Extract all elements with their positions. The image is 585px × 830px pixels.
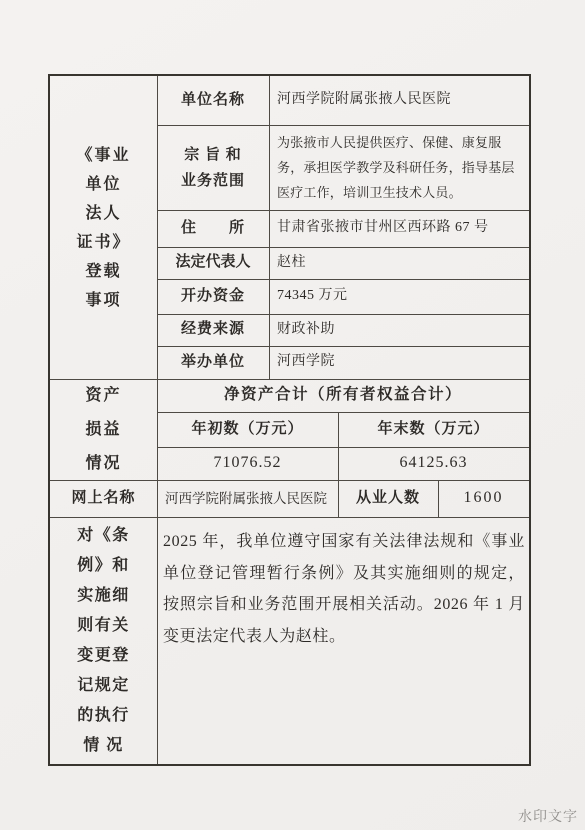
unit-name-label: 单位名称 (157, 76, 269, 125)
mission-label-line1: 宗 旨 和 (184, 142, 242, 168)
year-end-label: 年末数（万元） (338, 412, 529, 447)
mission-value: 为张掖市人民提供医疗、保健、康复服务，承担医学教学及科研任务，指导基层医疗工作，… (269, 125, 529, 210)
header-line: 对《条 (77, 521, 130, 551)
organizer-value: 河西学院 (269, 346, 529, 379)
compliance-text: 2025 年，我单位遵守国家有关法律法规和《事业单位登记管理暂行条例》及其实施细… (157, 517, 529, 764)
header-line: 资产 (85, 379, 121, 413)
mission-label: 宗 旨 和 业务范围 (157, 125, 269, 210)
mission-label-line2: 业务范围 (181, 168, 245, 194)
header-line: 证书》 (76, 228, 130, 257)
capital-value: 74345 万元 (269, 279, 529, 314)
online-name-value: 河西学院附属张掖人民医院 (157, 480, 338, 517)
unit-name-value: 河西学院附属张掖人民医院 (269, 76, 529, 125)
legal-rep-label: 法定代表人 (157, 247, 269, 279)
year-begin-value: 71076.52 (157, 447, 338, 480)
assets-section-header: 资产 损益 情况 (50, 379, 157, 480)
header-line: 登载 (85, 257, 121, 286)
header-line: 实施细 (77, 581, 130, 611)
document-page: 《事业 单位 法人 证书》 登载 事项 单位名称 河西学院附属张掖人民医院 宗 … (0, 0, 585, 830)
funding-label: 经费来源 (157, 314, 269, 346)
certificate-section-header: 《事业 单位 法人 证书》 登载 事项 (50, 76, 157, 379)
net-assets-title: 净资产合计（所有者权益合计） (157, 379, 529, 412)
organizer-label: 举办单位 (157, 346, 269, 379)
online-name-label: 网上名称 (50, 480, 157, 517)
header-line: 事项 (85, 286, 121, 315)
year-begin-label: 年初数（万元） (157, 412, 338, 447)
header-line: 则有关 (77, 611, 130, 641)
header-line: 损益 (85, 413, 121, 447)
legal-rep-value: 赵柱 (269, 247, 529, 279)
header-line: 《事业 (76, 141, 130, 170)
header-line: 记规定 (77, 671, 130, 701)
address-label: 住 所 (157, 210, 269, 247)
funding-value: 财政补助 (269, 314, 529, 346)
registration-table: 《事业 单位 法人 证书》 登载 事项 单位名称 河西学院附属张掖人民医院 宗 … (48, 74, 531, 766)
staff-count-label: 从业人数 (338, 480, 438, 517)
capital-label: 开办资金 (157, 279, 269, 314)
address-value: 甘肃省张掖市甘州区西环路 67 号 (269, 210, 529, 247)
header-line: 单位 (85, 170, 121, 199)
header-line: 情 况 (83, 731, 124, 761)
header-line: 例》和 (77, 551, 130, 581)
header-line: 法人 (85, 199, 121, 228)
year-end-value: 64125.63 (338, 447, 529, 480)
compliance-section-header: 对《条 例》和 实施细 则有关 变更登 记规定 的执行 情 况 (50, 517, 157, 764)
header-line: 的执行 (77, 701, 130, 731)
header-line: 情况 (85, 447, 121, 481)
staff-count-value: 1600 (438, 480, 529, 517)
watermark-text: 水印文字 (518, 806, 578, 826)
header-line: 变更登 (77, 641, 130, 671)
